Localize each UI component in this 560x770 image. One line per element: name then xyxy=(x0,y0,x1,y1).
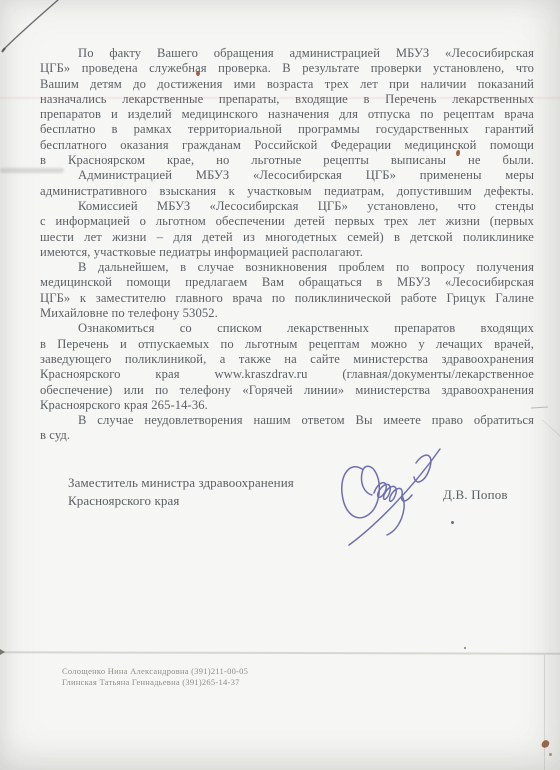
text-line: По факту Вашего обращения администрацией… xyxy=(40,46,534,61)
text-line: назначались лекарственные препараты, вхо… xyxy=(40,92,534,107)
signatory-title-line1: Заместитель министра здравоохранения xyxy=(68,474,294,492)
paragraph: В дальнейшем, в случае возникновения про… xyxy=(40,260,534,321)
paper-speck xyxy=(541,739,551,749)
paper-speck xyxy=(549,753,552,756)
signatory-title: Заместитель министра здравоохранения Кра… xyxy=(68,474,294,510)
text-line: бесплатно в рамках территориальной прогр… xyxy=(40,122,534,137)
text-line: бесплатного оказания гражданам Российско… xyxy=(40,138,534,153)
text-line: Красноярского края www.kraszdrav.ru (гла… xyxy=(40,367,534,382)
text-line: заведующего поликлиникой, а также на сай… xyxy=(40,352,534,367)
fold-crease-line xyxy=(0,651,560,654)
text-line: ЦГБ» к заместителю главного врача по пол… xyxy=(40,291,534,306)
crease-edge-mark xyxy=(0,649,5,655)
text-line: Администрацией МБУЗ «Лесосибирская ЦГБ» … xyxy=(40,168,534,183)
text-line: с информацией о льготном обеспечении дет… xyxy=(40,214,534,229)
text-line: Михайловне по телефону 53052. xyxy=(40,306,534,321)
text-line: В случае неудовлетворения нашим ответом … xyxy=(40,413,534,428)
document-body: По факту Вашего обращения администрацией… xyxy=(40,46,534,444)
signatory-name: Д.В. Попов xyxy=(443,487,508,503)
text-line: имеются, участковые педиатры информацией… xyxy=(40,245,534,260)
paragraph: Комиссией МБУЗ «Лесосибирская ЦГБ» устан… xyxy=(40,199,534,260)
paragraph: Ознакомиться со списком лекарственных пр… xyxy=(40,321,534,413)
contact-footer: Солощенко Нина Александровна (391)211-00… xyxy=(62,666,248,688)
scanned-letter-page: По факту Вашего обращения администрацией… xyxy=(0,0,560,770)
text-line: Вашим детям до достижения ими возраста т… xyxy=(40,77,534,92)
contact-line-1: Солощенко Нина Александровна (391)211-00… xyxy=(62,666,248,677)
text-line: препаратов и изделий медицинского назнач… xyxy=(40,107,534,122)
paragraph: Администрацией МБУЗ «Лесосибирская ЦГБ» … xyxy=(40,168,534,199)
text-line: обеспечение) или по телефону «Горячей ли… xyxy=(40,383,534,398)
text-line: Красноярского края 265-14-36. xyxy=(40,398,534,413)
contact-line-2: Глинская Татьяна Геннадьевна (391)265-14… xyxy=(62,677,248,688)
text-line: Комиссией МБУЗ «Лесосибирская ЦГБ» устан… xyxy=(40,199,534,214)
paragraph: По факту Вашего обращения администрацией… xyxy=(40,46,534,168)
text-line: ЦГБ» проведена служебная проверка. В рез… xyxy=(40,61,534,76)
text-line: медицинской помощи предлагаем Вам обраща… xyxy=(40,275,534,290)
text-line: в Перечень и отпускаемых по льготным рец… xyxy=(40,337,534,352)
text-line: В дальнейшем, в случае возникновения про… xyxy=(40,260,534,275)
text-line: Ознакомиться со списком лекарственных пр… xyxy=(40,321,534,336)
text-line: в Красноярском крае, но льготные рецепты… xyxy=(40,153,534,168)
signatory-title-line2: Красноярского края xyxy=(68,492,294,510)
paragraph: В случае неудовлетворения нашим ответом … xyxy=(40,413,534,444)
text-line: шести лет жизни – для детей из многодетн… xyxy=(40,230,534,245)
text-line: административного взыскания к участковым… xyxy=(40,184,534,199)
paper-crease xyxy=(542,419,560,441)
paper-edge-line xyxy=(544,655,545,770)
paper-speck xyxy=(464,647,466,649)
